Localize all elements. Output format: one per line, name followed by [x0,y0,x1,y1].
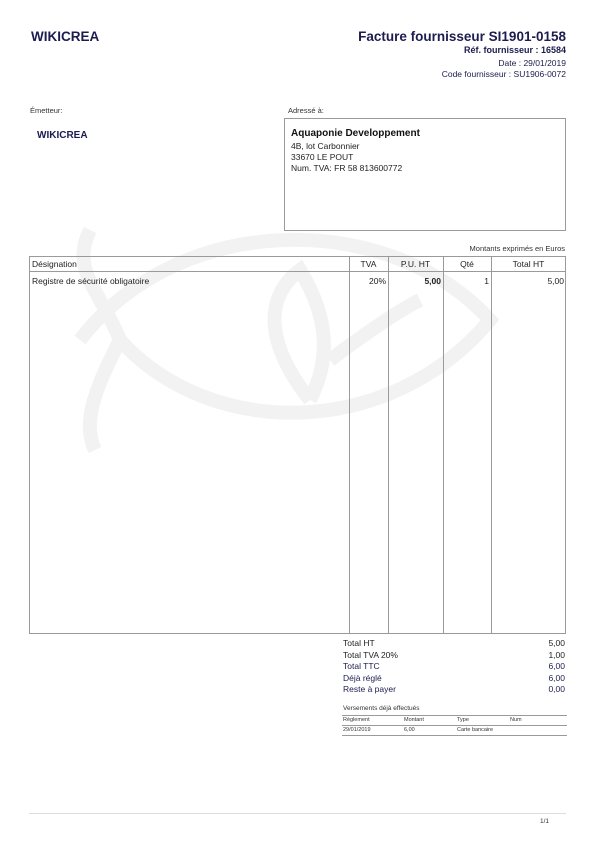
column-divider [388,256,389,634]
row-total: 5,00 [491,276,564,286]
emitter-name: WIKICREA [37,130,88,141]
payments-header-row: Règlement Montant Type Num [342,715,567,726]
page-number: 1/1 [540,818,549,825]
column-divider [349,256,350,634]
totals-block: Total HT 5,00 Total TVA 20% 1,00 Total T… [343,638,565,696]
header-total: Total HT [491,259,566,269]
invoice-lines-table [29,256,566,634]
invoice-title: Facture fournisseur SI1901-0158 [358,29,566,44]
row-qty: 1 [443,276,489,286]
payments-title: Versements déjà effectués [343,705,419,712]
supplier-code: Code fournisseur : SU1906-0072 [442,69,566,79]
total-vat-label: Total TVA 20% [343,650,398,662]
total-vat-value: 1,00 [548,650,565,662]
already-paid-label: Déjà réglé [343,673,382,685]
total-ttc-label: Total TTC [343,661,380,673]
recipient-label: Adressé à: [288,106,324,115]
payment-row: 29/01/2019 6,00 Carte bancaire [342,726,567,736]
total-ttc-row: Total TTC 6,00 [343,661,565,673]
remaining-value: 0,00 [548,684,565,696]
total-vat-row: Total TVA 20% 1,00 [343,650,565,662]
total-ht-row: Total HT 5,00 [343,638,565,650]
recipient-vat-number: Num. TVA: FR 58 813600772 [291,163,402,173]
header-qty: Qté [443,259,491,269]
recipient-address-line: 33670 LE POUT [291,152,353,162]
invoice-date: Date : 29/01/2019 [498,58,566,68]
table-header-divider [29,271,566,272]
column-divider [491,256,492,634]
remaining-row: Reste à payer 0,00 [343,684,565,696]
payments-header-amount: Montant [403,716,456,725]
payment-num [509,726,560,735]
payment-date: 29/01/2019 [342,726,403,735]
header-designation: Désignation [32,259,77,269]
header-vat: TVA [349,259,388,269]
row-vat: 20% [349,276,386,286]
already-paid-value: 6,00 [548,673,565,685]
payments-header-type: Type [456,716,509,725]
recipient-name: Aquaponie Developpement [291,128,420,139]
remaining-label: Reste à payer [343,684,396,696]
total-ht-value: 5,00 [548,638,565,650]
row-unit-price: 5,00 [388,276,441,286]
currency-note: Montants exprimés en Euros [470,244,565,253]
column-divider [443,256,444,634]
company-name: WIKICREA [31,29,99,44]
payments-table: Règlement Montant Type Num 29/01/2019 6,… [342,715,567,736]
recipient-address-line: 4B, lot Carbonnier [291,141,360,151]
payment-type: Carte bancaire [456,726,509,735]
row-designation: Registre de sécurité obligatoire [32,276,149,286]
payments-header-num: Num [509,716,560,725]
total-ht-label: Total HT [343,638,375,650]
payment-amount: 6,00 [403,726,456,735]
already-paid-row: Déjà réglé 6,00 [343,673,565,685]
header-unit-price: P.U. HT [388,259,443,269]
supplier-reference: Réf. fournisseur : 16584 [464,45,566,55]
payments-header-date: Règlement [342,716,403,725]
footer-divider [29,813,566,814]
total-ttc-value: 6,00 [548,661,565,673]
emitter-label: Émetteur: [30,106,63,115]
